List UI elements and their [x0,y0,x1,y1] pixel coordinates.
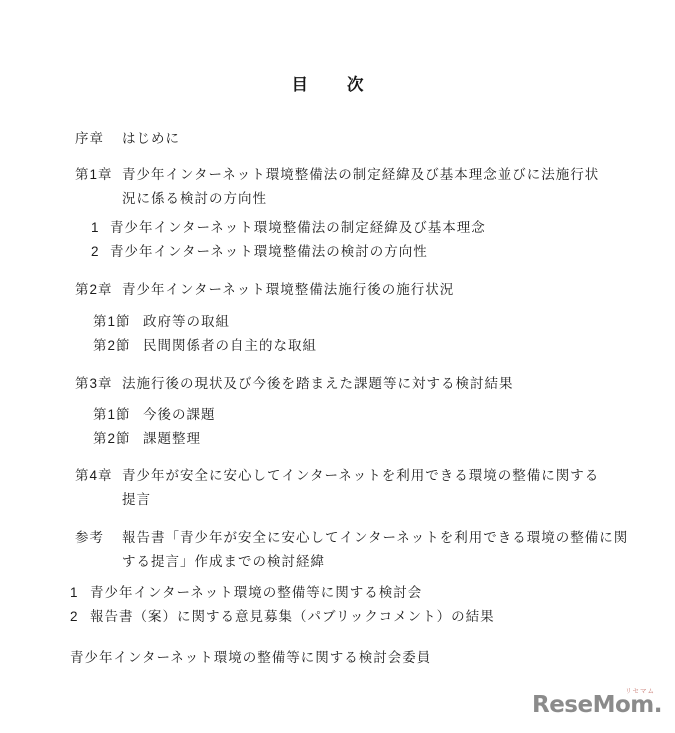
page-title: 目 次 [0,75,666,95]
toc-entry-label: 参考 [75,526,122,550]
toc-entry: 第1節 今後の課題 [0,403,675,427]
toc-entry: 1 青少年インターネット環境の整備等に関する検討会 [0,581,675,605]
toc-entry-label: 第4章 [75,464,122,488]
resemom-logo: リセマム ReseMom. [532,693,662,717]
toc-entry-label: 第3章 [75,372,122,396]
toc-entry: 2 報告書（案）に関する意見募集（パブリックコメント）の結果 [0,605,675,629]
toc-entry-label: 序章 [75,127,122,151]
toc-entry-text: 課題整理 [143,427,675,451]
toc-entry: 第4章 青少年が安全に安心してインターネットを利用できる環境の整備に関する 提言 [0,464,675,512]
toc-entry-text: 政府等の取組 [143,310,675,334]
toc-entry: 第1節 政府等の取組 [0,310,675,334]
toc-entry: 序章 はじめに [0,127,675,151]
toc-entry-label: 2 [70,605,90,629]
toc-entry-text: 法施行後の現状及び今後を踏まえた課題等に対する検討結果 [122,372,675,396]
toc-entry: 1 青少年インターネット環境整備法の制定経緯及び基本理念 [0,216,675,240]
toc-entry-label: 第1節 [93,403,143,427]
toc-entry: 第2節 課題整理 [0,427,675,451]
toc-entry-text: 青少年インターネット環境整備法の検討の方向性 [110,240,675,264]
toc-entry: 参考 報告書「青少年が安全に安心してインターネットを利用できる環境の整備に関 す… [0,526,675,574]
toc-entry-label: 第1節 [93,310,143,334]
toc-entry-text: 青少年インターネット環境整備法施行後の施行状況 [122,278,675,302]
toc-entry-label: 第2節 [93,427,143,451]
toc-entry: 第2章 青少年インターネット環境整備法施行後の施行状況 [0,278,675,302]
resemom-logo-text: ReseMom. [532,692,662,718]
toc-entry-label: 第2章 [75,278,122,302]
table-of-contents: 序章 はじめに 第1章 青少年インターネット環境整備法の制定経緯及び基本理念並び… [0,127,675,670]
toc-entry-label: 第2節 [93,334,143,358]
toc-entry-label: 2 [91,240,110,264]
toc-entry-text: 青少年インターネット環境の整備等に関する検討会委員 [70,646,675,670]
toc-entry-text: 青少年が安全に安心してインターネットを利用できる環境の整備に関する 提言 [122,464,675,512]
toc-entry: 第1章 青少年インターネット環境整備法の制定経緯及び基本理念並びに法施行状 況に… [0,163,675,211]
toc-entry-text: 民間関係者の自主的な取組 [143,334,675,358]
toc-entry: 2 青少年インターネット環境整備法の検討の方向性 [0,240,675,264]
document-page: 目 次 序章 はじめに 第1章 青少年インターネット環境整備法の制定経緯及び基本… [0,0,675,733]
toc-entry-text: 報告書（案）に関する意見募集（パブリックコメント）の結果 [90,605,675,629]
toc-entry: 第2節 民間関係者の自主的な取組 [0,334,675,358]
toc-entry-text: 青少年インターネット環境整備法の制定経緯及び基本理念 [110,216,675,240]
toc-entry: 青少年インターネット環境の整備等に関する検討会委員 [0,646,675,670]
toc-entry-text: はじめに [122,127,675,151]
toc-entry-text: 今後の課題 [143,403,675,427]
toc-entry-text: 報告書「青少年が安全に安心してインターネットを利用できる環境の整備に関 する提言… [122,526,675,574]
toc-entry-text: 青少年インターネット環境整備法の制定経緯及び基本理念並びに法施行状 況に係る検討… [122,163,675,211]
resemom-logo-ruby: リセマム [625,688,655,695]
toc-entry-label: 1 [91,216,110,240]
toc-entry-label: 1 [70,581,90,605]
toc-entry-label: 第1章 [75,163,122,187]
toc-entry: 第3章 法施行後の現状及び今後を踏まえた課題等に対する検討結果 [0,372,675,396]
toc-entry-text: 青少年インターネット環境の整備等に関する検討会 [90,581,675,605]
